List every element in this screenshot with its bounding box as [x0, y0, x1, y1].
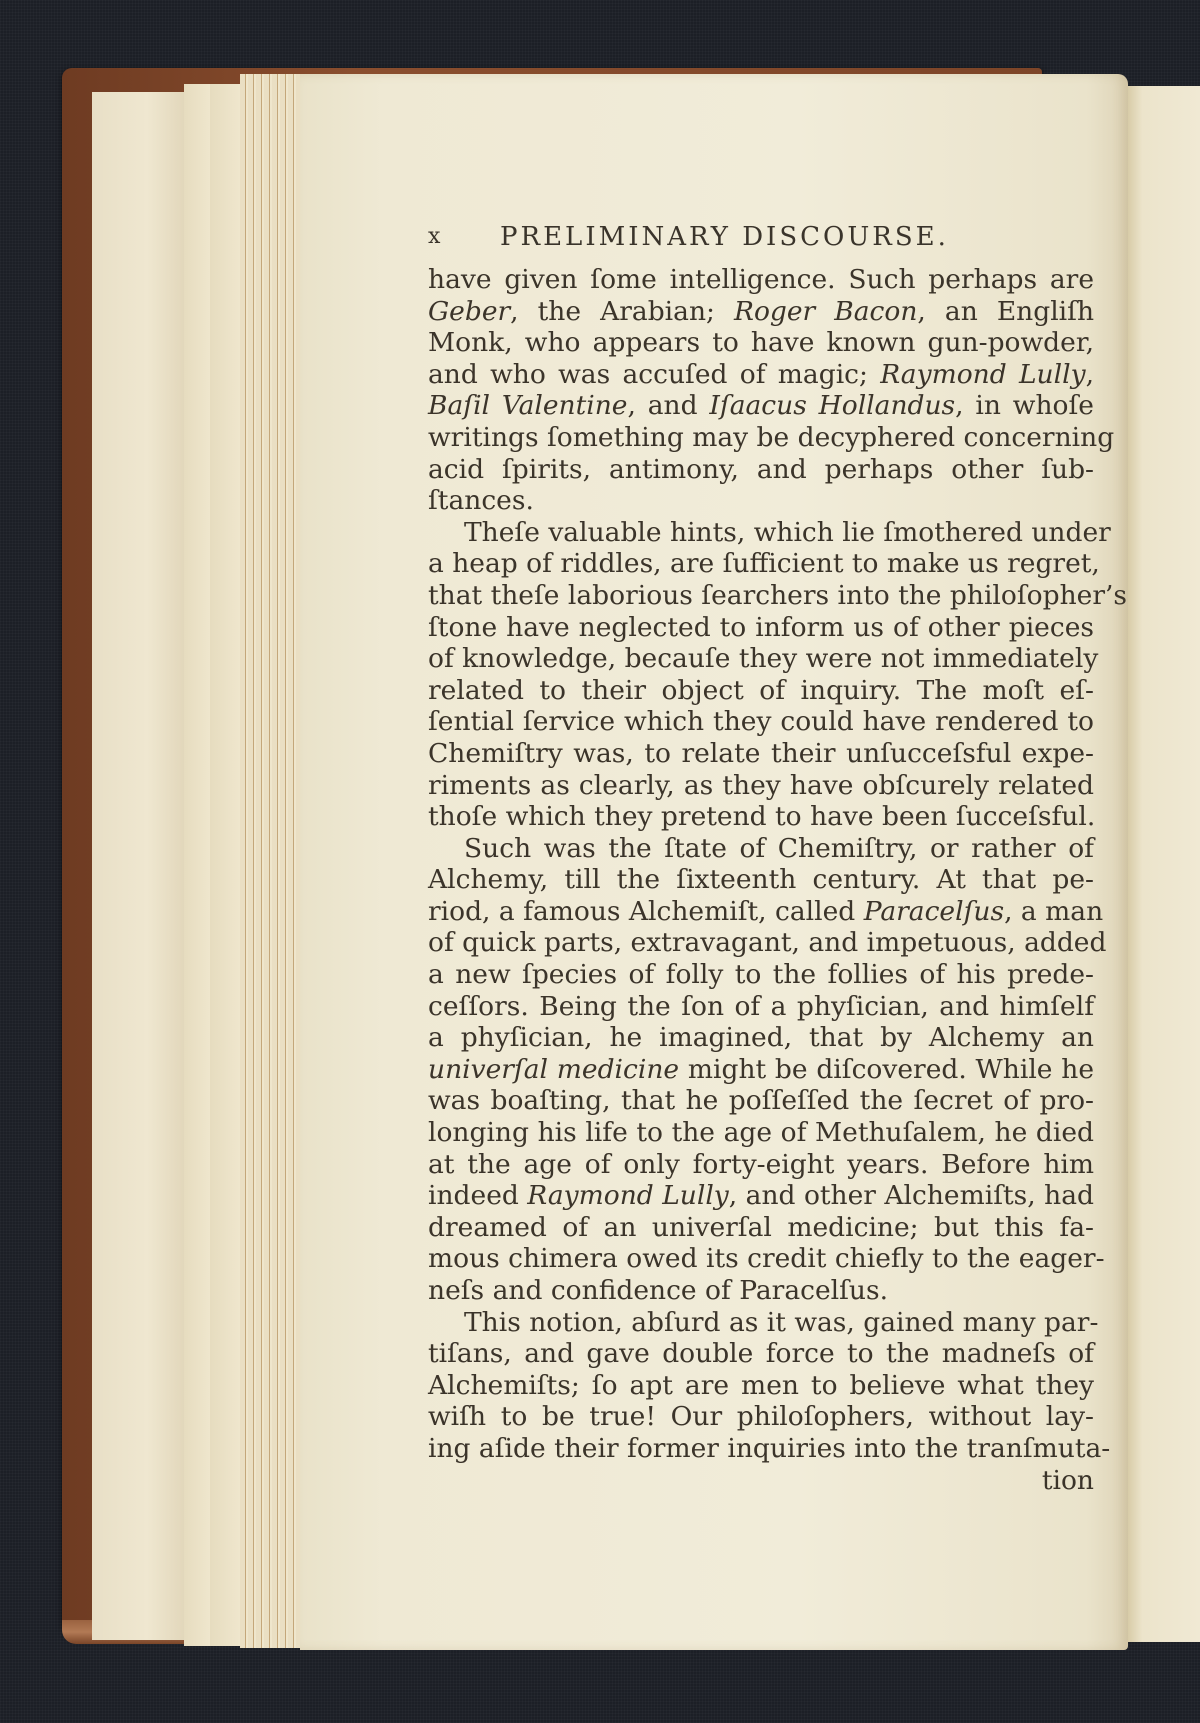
italic-name: univerſal medicine: [428, 1054, 679, 1085]
text-run: wiſh to be true! Our philoſophers, witho…: [428, 1401, 1094, 1432]
text-run: writings ſomething may be decyphered con…: [428, 422, 1114, 453]
text-line: of knowledge, becauſe they were not imme…: [428, 643, 1094, 675]
text-line: Chemiſtry was, to relate their unſucceſs…: [428, 738, 1094, 770]
italic-name: Raymond Lully: [527, 1180, 728, 1211]
body-text: have given ſome intelligence. Such perha…: [428, 264, 1094, 1496]
italic-name: Iſaacus Hollandus: [709, 390, 955, 421]
text-run: thoſe which they pretend to have been ſu…: [428, 801, 1095, 832]
text-line: a phyſician, he imagined, that by Alchem…: [428, 1022, 1094, 1054]
text-run: , the Arabian;: [510, 296, 734, 327]
text-line: riod, a famous Alchemiſt, called Paracel…: [428, 896, 1094, 928]
text-run: and who was accuſed of magic;: [428, 359, 880, 390]
text-run: ſential ſervice which they could have re…: [428, 706, 1094, 737]
italic-name: Paracelſus: [864, 896, 1004, 927]
italic-name: Baſil Valentine: [428, 390, 627, 421]
text-run: might be diſcovered. While he: [679, 1054, 1094, 1085]
text-run: of knowledge, becauſe they were not imme…: [428, 643, 1098, 674]
text-line: Geber, the Arabian; Roger Bacon, an Engl…: [428, 296, 1094, 328]
text-run: ing aſide their former inquiries into th…: [428, 1433, 1110, 1464]
text-line: that theſe laborious ſearchers into the …: [428, 580, 1094, 612]
text-line: Baſil Valentine, and Iſaacus Hollandus, …: [428, 390, 1094, 422]
text-run: mous chimera owed its credit chiefly to …: [428, 1243, 1105, 1274]
catchword: tion: [428, 1465, 1094, 1497]
text-line: wiſh to be true! Our philoſophers, witho…: [428, 1401, 1094, 1433]
text-run: , a man: [1004, 896, 1103, 927]
text-run: a new ſpecies of folly to the follies of…: [428, 959, 1094, 990]
text-run: ſtone have neglected to inform us of oth…: [428, 612, 1094, 643]
running-title: PRELIMINARY DISCOURSE.: [500, 222, 949, 252]
flyleaf: [92, 92, 185, 1640]
text-line: indeed Raymond Lully, and other Alchemiſ…: [428, 1180, 1094, 1212]
text-line: a new ſpecies of folly to the follies of…: [428, 959, 1094, 991]
text-run: , and: [627, 390, 709, 421]
text-line: a heap of riddles, are ſufficient to mak…: [428, 548, 1094, 580]
text-line: Alchemy, till the ſixteenth century. At …: [428, 864, 1094, 896]
text-run: at the age of only forty-eight years. Be…: [428, 1149, 1094, 1180]
text-run: neſs and confidence of Paracelſus.: [428, 1275, 888, 1306]
text-line: Monk, who appears to have known gun-powd…: [428, 327, 1094, 359]
text-line: neſs and confidence of Paracelſus.: [428, 1275, 1094, 1307]
text-run: tiſans, and gave double force to the mad…: [428, 1338, 1094, 1369]
text-line: Alchemiſts; ſo apt are men to believe wh…: [428, 1370, 1094, 1402]
text-line: at the age of only forty-eight years. Be…: [428, 1149, 1094, 1181]
text-run: dreamed of an univerſal medicine; but th…: [428, 1212, 1094, 1243]
text-run: This notion, abſurd as it was, gained ma…: [464, 1307, 1098, 1338]
text-run: that theſe laborious ſearchers into the …: [428, 580, 1127, 611]
text-run: of quick parts, extravagant, and impetuo…: [428, 927, 1106, 958]
text-run: indeed: [428, 1180, 527, 1211]
text-run: Alchemy, till the ſixteenth century. At …: [428, 864, 1094, 895]
text-line: and who was accuſed of magic; Raymond Lu…: [428, 359, 1094, 391]
text-run: Alchemiſts; ſo apt are men to believe wh…: [428, 1370, 1094, 1401]
text-line: ſtone have neglected to inform us of oth…: [428, 612, 1094, 644]
text-run: ceſſors. Being the ſon of a phyſician, a…: [428, 991, 1094, 1022]
text-line: ceſſors. Being the ſon of a phyſician, a…: [428, 991, 1094, 1023]
text-line: mous chimera owed its credit chiefly to …: [428, 1243, 1094, 1275]
text-run: Theſe valuable hints, which lie ſmothere…: [464, 517, 1111, 548]
text-line: tiſans, and gave double force to the mad…: [428, 1338, 1094, 1370]
text-line: related to their object of inquiry. The …: [428, 675, 1094, 707]
text-line: ſential ſervice which they could have re…: [428, 706, 1094, 738]
text-run: , and other Alchemiſts, had: [729, 1180, 1094, 1211]
running-head: x PRELIMINARY DISCOURSE.: [428, 222, 1088, 256]
text-line: have given ſome intelligence. Such perha…: [428, 264, 1094, 296]
text-line: acid ſpirits, antimony, and perhaps othe…: [428, 454, 1094, 486]
text-line: thoſe which they pretend to have been ſu…: [428, 801, 1094, 833]
text-line: univerſal medicine might be diſcovered. …: [428, 1054, 1094, 1086]
text-line: Theſe valuable hints, which lie ſmothere…: [428, 517, 1094, 549]
text-run: ,: [1086, 359, 1094, 390]
text-line: of quick parts, extravagant, and impetuo…: [428, 927, 1094, 959]
text-line: writings ſomething may be decyphered con…: [428, 422, 1094, 454]
text-run: Chemiſtry was, to relate their unſucceſs…: [428, 738, 1094, 769]
text-line: ing aſide their former inquiries into th…: [428, 1433, 1094, 1465]
text-line: Such was the ſtate of Chemiſtry, or rath…: [428, 833, 1094, 865]
text-line: longing his life to the age of Methuſale…: [428, 1117, 1094, 1149]
text-line: ſtances.: [428, 485, 1094, 517]
page-stack-edges: [240, 74, 300, 1648]
text-line: riments as clearly, as they have obſcure…: [428, 770, 1094, 802]
page-number: x: [428, 224, 440, 249]
text-run: , an Engliſh: [917, 296, 1094, 327]
text-run: ſtances.: [428, 485, 534, 516]
text-run: Monk, who appears to have known gun-powd…: [428, 327, 1094, 358]
text-run: a heap of riddles, are ſufficient to mak…: [428, 548, 1100, 579]
text-run: related to their object of inquiry. The …: [428, 675, 1094, 706]
text-run: riments as clearly, as they have obſcure…: [428, 770, 1094, 801]
text-run: was boaſting, that he poſſeſſed the ſecr…: [428, 1085, 1094, 1116]
facing-page-edge: [1128, 86, 1200, 1642]
italic-name: Raymond Lully: [880, 359, 1085, 390]
text-run: , in whoſe: [955, 390, 1094, 421]
text-run: Such was the ſtate of Chemiſtry, or rath…: [464, 833, 1094, 864]
page-leaf: [210, 84, 241, 1646]
text-line: This notion, abſurd as it was, gained ma…: [428, 1307, 1094, 1339]
text-line: dreamed of an univerſal medicine; but th…: [428, 1212, 1094, 1244]
text-run: a phyſician, he imagined, that by Alchem…: [428, 1022, 1094, 1053]
italic-name: Roger Bacon: [734, 296, 917, 327]
text-run: acid ſpirits, antimony, and perhaps othe…: [428, 454, 1094, 485]
text-run: longing his life to the age of Methuſale…: [428, 1117, 1094, 1148]
italic-name: Geber: [428, 296, 510, 327]
text-run: riod, a famous Alchemiſt, called: [428, 896, 864, 927]
text-line: was boaſting, that he poſſeſſed the ſecr…: [428, 1085, 1094, 1117]
page-leaf: [184, 84, 211, 1646]
text-run: have given ſome intelligence. Such perha…: [428, 264, 1094, 295]
